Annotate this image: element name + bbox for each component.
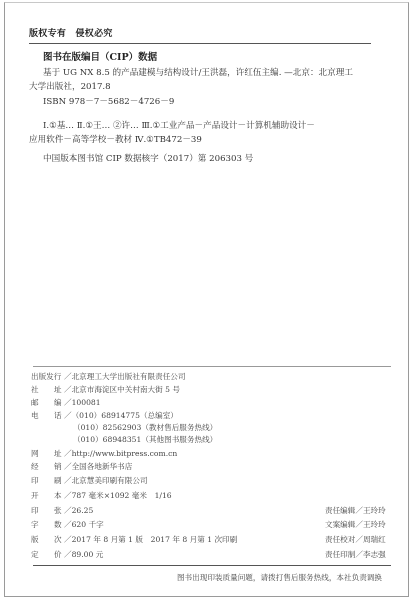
info-row: 社 址 ／北京市海淀区中关村南大街 5 号 [5,384,410,396]
classification-line-1: Ⅰ.①基… Ⅱ.①王… ②许… Ⅲ.①工业产品－产品设计－计算机辅助设计－ [43,120,315,134]
isbn: ISBN 978－7－5682－4726－9 [43,96,174,110]
info-label: 印 [31,475,47,486]
info-value: （010）82562903（教材售后服务热线） [73,422,217,433]
info-label: 字 [31,519,47,530]
top-divider [29,43,371,44]
classification-line-2: 应用软件－高等学校－教材 Ⅳ.①TB472－39 [29,134,202,148]
info-label: 电 [31,410,47,421]
info-value: ／26.25 [64,505,93,516]
info-row: 邮 编 ／100081 [5,397,410,409]
cip-entry-line-2: 大学出版社，2017.8 [29,81,111,95]
price-value: ／89.00 元 [64,549,103,560]
info-row: 电 话 ／（010）68914775（总编室） [5,410,410,422]
info-label: 经 [31,461,47,472]
info-row: 开 本 ／787 毫米×1092 毫米 1/16 [5,490,410,502]
info-label: 印 [31,505,47,516]
info-row: 印 刷 ／北京慧美印刷有限公司 [5,475,410,487]
info-label: 出版发行 [31,371,61,382]
info-value: ／787 毫米×1092 毫米 1/16 [64,490,172,501]
info-label: 邮 [31,397,47,408]
editor-credit: 责任印制／李志强 [325,549,386,560]
info-label: 开 [31,490,47,501]
cip-entry-line-1: 基于 UG NX 8.5 的产品建模与结构设计/王洪磊，许红伍主编. —北京：北… [43,67,353,81]
info-value: ／北京慧美印刷有限公司 [64,475,148,486]
bottom-divider [33,565,391,566]
copyright-notice: 版权专有 侵权必究 [29,26,113,39]
info-value: ／北京理工大学出版社有限责任公司 [64,371,186,382]
cip-title: 图书在版编目（CIP）数据 [43,49,157,63]
info-value: （010）68948351（其他图书服务热线） [73,434,217,445]
info-label: 定 [31,549,47,560]
editor-credit: 文案编辑／王玲玲 [325,519,386,530]
info-row: 网 址 ／http://www.bitpress.com.cn [5,448,410,460]
website-value: ／http://www.bitpress.com.cn [64,448,177,459]
info-value: ／（010）68914775（总编室） [64,410,178,421]
info-row: 经 销 ／全国各地新华书店 [5,461,410,473]
cip-approval-number: 中国版本图书馆 CIP 数据核字（2017）第 206303 号 [43,153,253,167]
info-row: （010）82562903（教材售后服务热线） [5,422,410,434]
quality-notice: 图书出现印装质量问题，请拨打售后服务热线，本社负责调换 [177,572,382,583]
info-value: ／100081 [64,397,101,408]
info-label: 版 [31,534,47,545]
info-value: ／全国各地新华书店 [64,461,132,472]
info-row: （010）68948351（其他图书服务热线） [5,434,410,446]
info-value: ／620 千字 [64,519,104,530]
editor-credit: 责任校对／周瑞红 [325,534,386,545]
copyright-page: 版权专有 侵权必究 图书在版编目（CIP）数据 基于 UG NX 8.5 的产品… [4,2,409,597]
editor-credit: 责任编辑／王玲玲 [325,505,386,516]
info-label: 社 [31,384,47,395]
info-row: 出版发行 ／北京理工大学出版社有限责任公司 [5,371,410,383]
middle-divider [33,366,391,367]
info-label: 网 [31,448,47,459]
info-value: ／北京市海淀区中关村南大街 5 号 [64,384,180,395]
info-value: ／2017 年 8 月第 1 版 2017 年 8 月第 1 次印刷 [64,534,237,545]
